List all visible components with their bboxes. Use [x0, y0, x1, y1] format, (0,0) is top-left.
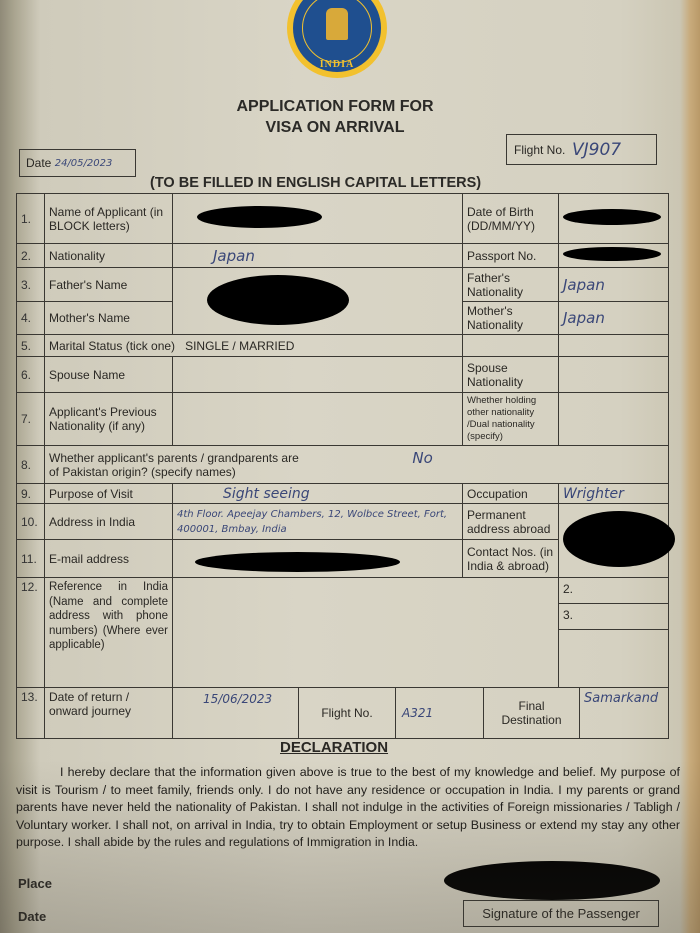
- purpose-label: Purpose of Visit: [45, 484, 173, 504]
- spouse-nationality-field[interactable]: [559, 357, 669, 393]
- father-nationality-field[interactable]: Japan: [559, 268, 669, 302]
- final-destination-field[interactable]: Samarkand: [580, 688, 668, 738]
- form-row: 10. Address in India 4th Floor. Apeejay …: [17, 504, 669, 540]
- national-emblem-icon: [326, 8, 348, 40]
- form-row: 7. Applicant's Previous Nationality (if …: [17, 393, 669, 446]
- row-number: 11.: [17, 540, 45, 578]
- occupation-field[interactable]: Wrighter: [559, 484, 669, 504]
- form-row: 12. Reference in India (Name and complet…: [17, 578, 669, 688]
- purpose-field[interactable]: Sight seeing: [173, 484, 463, 504]
- footer-date-label: Date: [18, 909, 46, 924]
- mother-nationality-label: Mother's Nationality: [463, 302, 559, 335]
- instruction: (TO BE FILLED IN ENGLISH CAPITAL LETTERS…: [150, 175, 481, 191]
- form-row: 1. Name of Applicant (in BLOCK letters) …: [17, 194, 669, 244]
- form-row: 2. Nationality Japan Passport No.: [17, 244, 669, 268]
- reference-label: Reference in India (Name and complete ad…: [45, 578, 173, 688]
- form-title: APPLICATION FORM FOR VISA ON ARRIVAL: [200, 96, 470, 138]
- form-row: 5. Marital Status (tick one) SINGLE / MA…: [17, 335, 669, 357]
- redaction: [207, 275, 349, 325]
- previous-nationality-label: Applicant's Previous Nationality (if any…: [45, 393, 173, 446]
- return-flight-field[interactable]: A321: [396, 688, 484, 738]
- marital-status-options[interactable]: SINGLE / MARRIED: [185, 339, 294, 353]
- nationality-label: Nationality: [45, 244, 173, 268]
- row-number: 6.: [17, 357, 45, 393]
- email-label: E-mail address: [45, 540, 173, 578]
- email-field[interactable]: [173, 540, 463, 578]
- application-form-table: 1. Name of Applicant (in BLOCK letters) …: [16, 193, 669, 739]
- row-number: 3.: [17, 268, 45, 302]
- row-number: 12.: [17, 578, 45, 688]
- date-label: Date: [26, 156, 51, 170]
- declaration-text: I hereby declare that the information gi…: [16, 764, 680, 852]
- form-row: 3. Father's Name Father's Nationality Ja…: [17, 268, 669, 302]
- permanent-address-label: Permanent address abroad: [463, 504, 559, 540]
- row-number: 10.: [17, 504, 45, 540]
- dob-field[interactable]: [559, 194, 669, 244]
- redaction: [563, 209, 661, 225]
- row-number: 1.: [17, 194, 45, 244]
- date-value: 24/05/2023: [55, 158, 113, 169]
- address-india-label: Address in India: [45, 504, 173, 540]
- logo-country: INDIA: [293, 59, 381, 70]
- applicant-name-field[interactable]: [173, 194, 463, 244]
- return-flight-label: Flight No.: [299, 688, 396, 738]
- redaction: [195, 552, 400, 572]
- signature-label: Signature of the Passenger: [463, 900, 659, 927]
- mother-nationality-field[interactable]: Japan: [559, 302, 669, 335]
- permanent-address-contact-field[interactable]: [559, 504, 669, 578]
- reference-numbers-cell: 2. 3.: [559, 578, 669, 688]
- spouse-name-field[interactable]: [173, 357, 463, 393]
- dual-nationality-label: Whether holding other nationality /Dual …: [463, 393, 559, 446]
- declaration-heading: DECLARATION: [280, 739, 388, 756]
- row-number: 5.: [17, 335, 45, 357]
- contact-numbers-label: Contact Nos. (in India & abroad): [463, 540, 559, 578]
- redaction: [563, 247, 661, 261]
- form-row: 6. Spouse Name Spouse Nationality: [17, 357, 669, 393]
- logo-field: INDIA: [293, 0, 381, 72]
- bureau-of-immigration-logo: INDIA: [287, 0, 387, 78]
- passport-label: Passport No.: [463, 244, 559, 268]
- mother-name-label: Mother's Name: [45, 302, 173, 335]
- pakistan-origin-value: No: [412, 449, 432, 467]
- address-india-field[interactable]: 4th Floor. Apeejay Chambers, 12, Wolbce …: [173, 504, 463, 540]
- pakistan-origin-cell[interactable]: Whether applicant's parents / grandparen…: [45, 446, 669, 484]
- return-date-label: Date of return / onward journey: [45, 688, 173, 739]
- signature-redaction: [444, 861, 660, 900]
- return-date-field[interactable]: 15/06/2023: [173, 688, 299, 738]
- title-line-1: APPLICATION FORM FOR: [200, 96, 470, 117]
- date-box[interactable]: Date 24/05/2023: [19, 149, 136, 177]
- row-number: 4.: [17, 302, 45, 335]
- row-number: 13.: [17, 688, 45, 739]
- spouse-nationality-label: Spouse Nationality: [463, 357, 559, 393]
- reference-3[interactable]: 3.: [559, 604, 668, 630]
- return-journey-cell: 15/06/2023 Flight No. A321 Final Destina…: [173, 688, 669, 739]
- parent-names-field[interactable]: [173, 268, 463, 335]
- nationality-field[interactable]: Japan: [173, 244, 463, 268]
- father-nationality-label: Father's Nationality: [463, 268, 559, 302]
- row-number: 7.: [17, 393, 45, 446]
- marital-status-label: Marital Status (tick one): [49, 339, 175, 353]
- title-line-2: VISA ON ARRIVAL: [200, 117, 470, 138]
- flight-label: Flight No.: [514, 143, 565, 157]
- flight-value: VJ907: [572, 140, 621, 160]
- passport-field[interactable]: [559, 244, 669, 268]
- applicant-name-label: Name of Applicant (in BLOCK letters): [45, 194, 173, 244]
- form-row: 13. Date of return / onward journey 15/0…: [17, 688, 669, 739]
- father-name-label: Father's Name: [45, 268, 173, 302]
- spouse-name-label: Spouse Name: [45, 357, 173, 393]
- form-row: 9. Purpose of Visit Sight seeing Occupat…: [17, 484, 669, 504]
- place-label: Place: [18, 876, 52, 891]
- empty-cell: [463, 335, 559, 357]
- marital-status-cell: Marital Status (tick one) SINGLE / MARRI…: [45, 335, 463, 357]
- previous-nationality-field[interactable]: [173, 393, 463, 446]
- final-destination-label: Final Destination: [484, 688, 580, 738]
- occupation-label: Occupation: [463, 484, 559, 504]
- redaction: [563, 511, 675, 567]
- empty-cell: [559, 335, 669, 357]
- pakistan-origin-label: Whether applicant's parents / grandparen…: [49, 451, 299, 479]
- row-number: 2.: [17, 244, 45, 268]
- dob-label: Date of Birth (DD/MM/YY): [463, 194, 559, 244]
- form-row: 8. Whether applicant's parents / grandpa…: [17, 446, 669, 484]
- reference-field[interactable]: [173, 578, 559, 688]
- redaction: [197, 206, 322, 228]
- reference-2[interactable]: 2.: [559, 578, 668, 604]
- row-number: 9.: [17, 484, 45, 504]
- flight-box[interactable]: Flight No. VJ907: [506, 134, 657, 165]
- row-number: 8.: [17, 446, 45, 484]
- dual-nationality-field[interactable]: [559, 393, 669, 446]
